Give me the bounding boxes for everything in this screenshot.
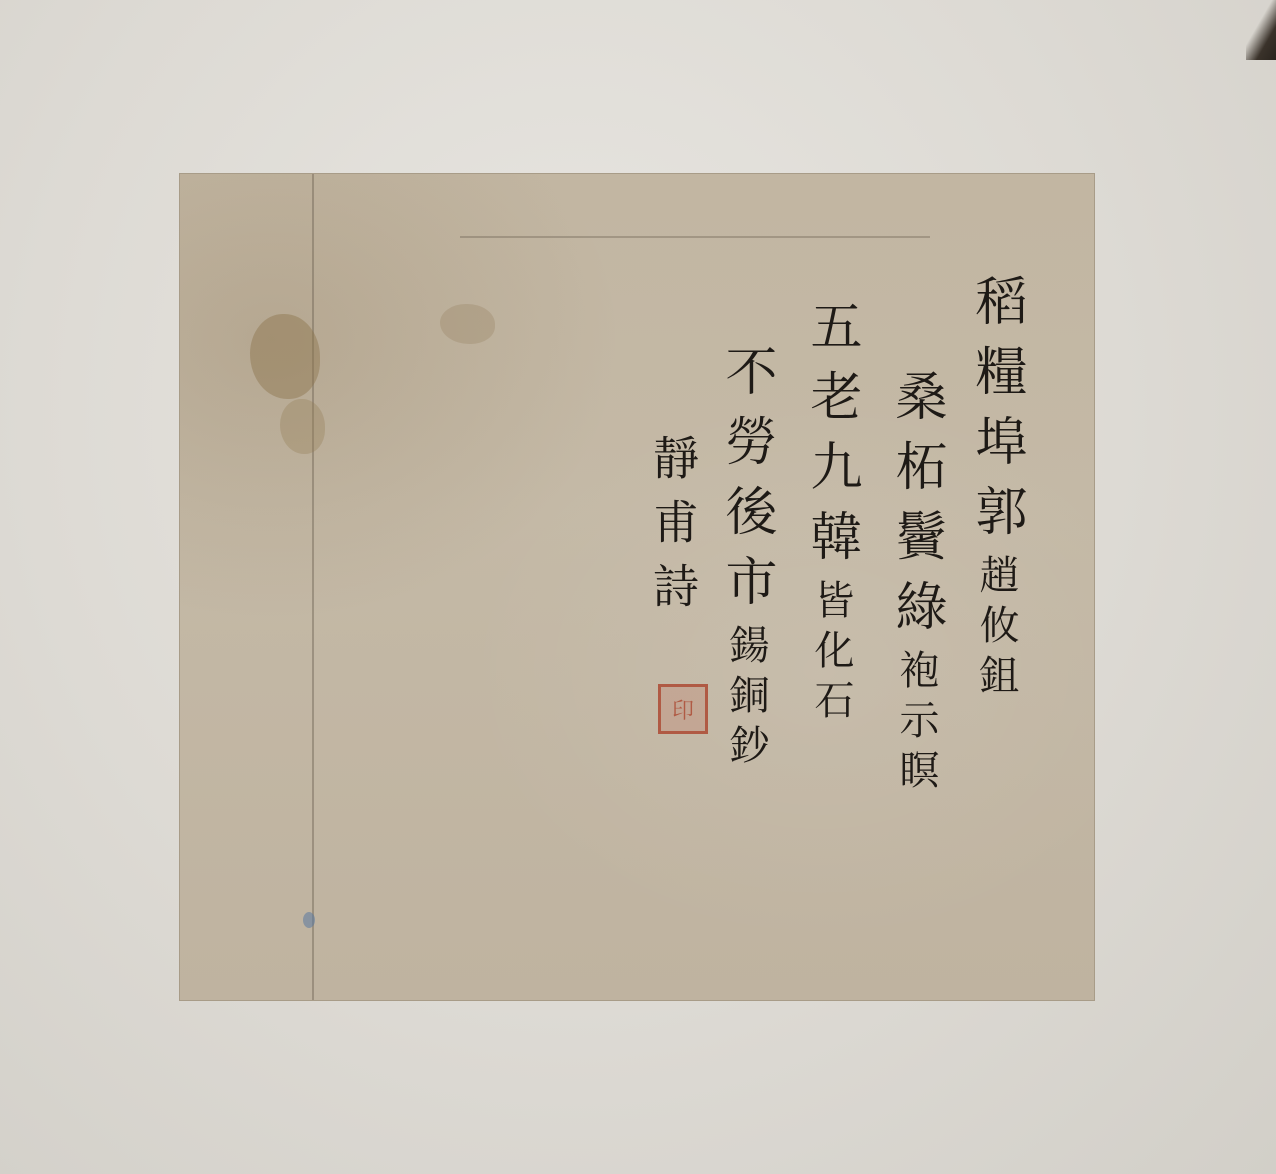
calligraphy-column-2: 桑柘鬢綠袍示瞑 xyxy=(890,369,942,799)
column-main-text: 不勞後市 xyxy=(716,344,776,624)
calligraphy-column-3: 五老九韓皆化石 xyxy=(805,299,857,729)
column-small-text: 趙攸鉏 xyxy=(973,554,1019,704)
water-stain xyxy=(250,314,320,399)
water-stain xyxy=(280,399,325,454)
calligraphy-leaf: 稻糧埠郭趙攸鉏 桑柘鬢綠袍示瞑 五老九韓皆化石 不勞後市鍚銅鈔 靜甫詩 印 xyxy=(180,174,1094,1000)
paper-seam xyxy=(312,174,314,1000)
column-main-text: 五老九韓 xyxy=(801,299,861,579)
signature-column: 靜甫詩 xyxy=(650,434,696,626)
calligraphy-column-4: 不勞後市鍚銅鈔 xyxy=(720,344,772,774)
frame-corner-shadow xyxy=(1246,0,1276,60)
column-main-text: 稻糧埠郭 xyxy=(966,274,1026,554)
blue-mark xyxy=(303,912,315,928)
paper-crease xyxy=(460,236,930,238)
column-main-text: 桑柘鬢綠 xyxy=(886,369,946,649)
water-stain xyxy=(440,304,495,344)
column-small-text: 皆化石 xyxy=(808,579,854,729)
column-small-text: 鍚銅鈔 xyxy=(723,624,769,774)
red-seal-stamp: 印 xyxy=(658,684,708,734)
signature-text: 靜甫詩 xyxy=(646,434,700,626)
calligraphy-column-1: 稻糧埠郭趙攸鉏 xyxy=(970,274,1022,704)
column-small-text: 袍示瞑 xyxy=(893,649,939,799)
seal-text: 印 xyxy=(672,694,694,725)
